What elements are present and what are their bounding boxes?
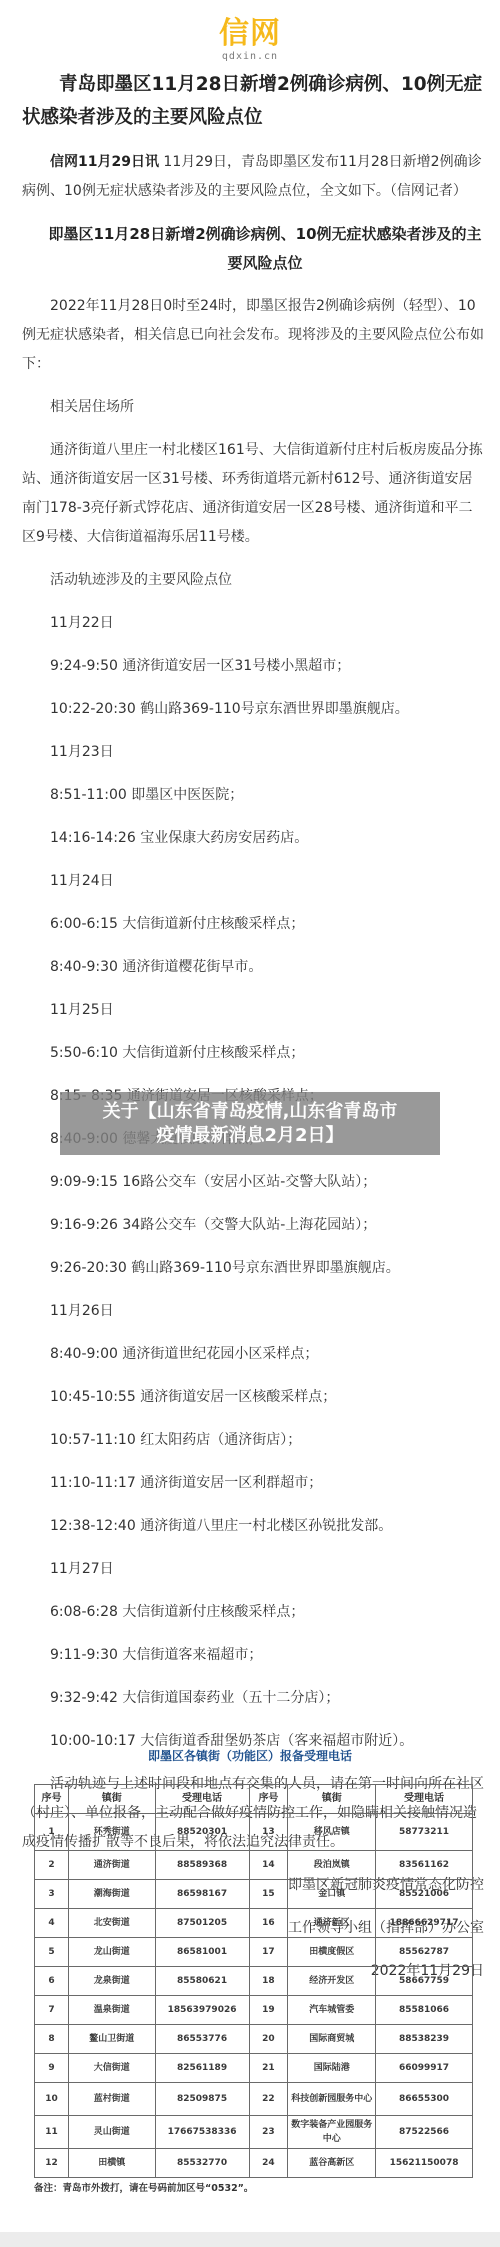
phone-table: 序号 镇街 受理电话 序号 镇街 受理电话 1环秀街道8852030113移风店… (34, 1784, 473, 2178)
trajectory-item: 10:45-10:55 通济街道安居一区核酸采样点； (22, 1383, 484, 1412)
header-cell: 序号 (35, 1785, 69, 1814)
phone-number: 88538239 (376, 2025, 473, 2054)
row-number: 18 (249, 1967, 288, 1996)
town-name: 国际陆港 (288, 2054, 376, 2083)
town-name: 北安街道 (68, 1909, 155, 1938)
trajectory-item: 8:40-9:00 通济街道世纪花园小区采样点； (22, 1340, 484, 1369)
header-cell: 镇街 (68, 1785, 155, 1814)
site-logo[interactable]: 信网 qdxin.cn (0, 18, 500, 62)
phone-number: 85580621 (155, 1967, 249, 1996)
table-row: 6龙泉街道8558062118经济开发区58667759 (35, 1967, 473, 1996)
row-number: 10 (35, 2083, 69, 2116)
town-name: 汽车城管委 (288, 1996, 376, 2025)
trajectory-date: 11月26日 (22, 1297, 484, 1326)
trajectory-item: 10:57-11:10 红太阳药店（通济街店）； (22, 1426, 484, 1455)
logo-mark: 信网 (219, 18, 281, 50)
town-name: 田横镇 (68, 2149, 155, 2178)
trajectory-date: 11月24日 (22, 867, 484, 896)
town-name: 潮海街道 (68, 1880, 155, 1909)
row-number: 9 (35, 2054, 69, 2083)
row-number: 24 (249, 2149, 288, 2178)
row-number: 7 (35, 1996, 69, 2025)
trajectory-item: 12:38-12:40 通济街道八里庄一村北楼区孙锐批发部。 (22, 1512, 484, 1541)
row-number: 8 (35, 2025, 69, 2054)
lead-source: 信网11月29日讯 (50, 154, 159, 170)
trajectory-item: 9:11-9:30 大信街道客来福超市； (22, 1641, 484, 1670)
trajectory-date: 11月27日 (22, 1555, 484, 1584)
trajectory-item: 6:00-6:15 大信街道新付庄核酸采样点； (22, 910, 484, 939)
phone-number: 86655300 (376, 2083, 473, 2116)
phone-number: 82561189 (155, 2054, 249, 2083)
phone-number: 18866629717 (376, 1909, 473, 1938)
table-row: 4北安街道8750120516通济新区18866629717 (35, 1909, 473, 1938)
table-row: 5龙山街道8658100117田横度假区85562787 (35, 1938, 473, 1967)
row-number: 13 (249, 1814, 288, 1851)
footer-band (0, 2232, 500, 2247)
trajectory-item: 10:22-20:30 鹤山路369-110号京东酒世界即墨旗舰店。 (22, 695, 484, 724)
town-name: 鳌山卫街道 (68, 2025, 155, 2054)
town-name: 龙泉街道 (68, 1967, 155, 1996)
residence-text: 通济街道八里庄一村北楼区161号、大信街道新付庄村后板房废品分拣站、通济街道安居… (22, 436, 484, 552)
town-name: 科技创新园服务中心 (288, 2083, 376, 2116)
town-name: 金口镇 (288, 1880, 376, 1909)
row-number: 16 (249, 1909, 288, 1938)
trajectory-item: 9:16-9:26 34路公交车（交警大队站-上海花园站）； (22, 1211, 484, 1240)
town-name: 移风店镇 (288, 1814, 376, 1851)
logo-domain: qdxin.cn (0, 51, 500, 62)
trajectory-list: 11月22日9:24-9:50 通济街道安居一区31号楼小黑超市；10:22-2… (22, 609, 484, 1756)
trajectory-heading: 活动轨迹涉及的主要风险点位 (22, 566, 484, 595)
article-subtitle: 即墨区11月28日新增2例确诊病例、10例无症状感染者涉及的主要风险点位 (22, 220, 484, 278)
phone-number: 82509875 (155, 2083, 249, 2116)
header-cell: 序号 (249, 1785, 288, 1814)
table-row: 10蓝村街道8250987522科技创新园服务中心86655300 (35, 2083, 473, 2116)
table-row: 9大信街道8256118921国际陆港66099917 (35, 2054, 473, 2083)
trajectory-item: 9:32-9:42 大信街道国泰药业（五十二分店）； (22, 1684, 484, 1713)
row-number: 15 (249, 1880, 288, 1909)
table-row: 8鳌山卫街道8655377620国际商贸城88538239 (35, 2025, 473, 2054)
trajectory-item: 11:10-11:17 通济街道安居一区利群超市； (22, 1469, 484, 1498)
lead-paragraph: 信网11月29日讯 11月29日，青岛即墨区发布11月28日新增2例确诊病例、1… (22, 148, 484, 206)
phone-table-note: 备注：青岛市外拨打，请在号码前加区号“0532”。 (34, 2180, 253, 2194)
town-name: 环秀街道 (68, 1814, 155, 1851)
town-name: 蓝谷高新区 (288, 2149, 376, 2178)
town-name: 数字装备产业园服务中心 (288, 2116, 376, 2149)
related-article-banner[interactable]: 关于【山东省青岛疫情,山东省青岛市 疫情最新消息2月2日】 (60, 1092, 440, 1155)
header-cell: 受理电话 (376, 1785, 473, 1814)
phone-number: 15621150078 (376, 2149, 473, 2178)
trajectory-item: 6:08-6:28 大信街道新付庄核酸采样点； (22, 1598, 484, 1627)
banner-line-1: 关于【山东省青岛疫情,山东省青岛市 (60, 1100, 440, 1124)
trajectory-date: 11月22日 (22, 609, 484, 638)
phone-number: 86553776 (155, 2025, 249, 2054)
phone-number: 87501205 (155, 1909, 249, 1938)
phone-number: 66099917 (376, 2054, 473, 2083)
town-name: 段泊岚镇 (288, 1851, 376, 1880)
phone-number: 58773211 (376, 1814, 473, 1851)
row-number: 1 (35, 1814, 69, 1851)
trajectory-item: 9:26-20:30 鹤山路369-110号京东酒世界即墨旗舰店。 (22, 1254, 484, 1283)
town-name: 通济街道 (68, 1851, 155, 1880)
article-body: 青岛即墨区11月28日新增2例确诊病例、10例无症状感染者涉及的主要风险点位 信… (22, 68, 484, 2000)
table-row: 2通济街道8858936814段泊岚镇83561162 (35, 1851, 473, 1880)
trajectory-item: 5:50-6:10 大信街道新付庄核酸采样点； (22, 1039, 484, 1068)
row-number: 17 (249, 1938, 288, 1967)
row-number: 14 (249, 1851, 288, 1880)
row-number: 5 (35, 1938, 69, 1967)
header-cell: 镇街 (288, 1785, 376, 1814)
trajectory-date: 11月23日 (22, 738, 484, 767)
intro-paragraph: 2022年11月28日0时至24时，即墨区报告2例确诊病例（轻型）、10例无症状… (22, 292, 484, 379)
table-row: 3潮海街道8659816715金口镇85521006 (35, 1880, 473, 1909)
banner-line-2: 疫情最新消息2月2日】 (60, 1124, 440, 1148)
table-row: 11灵山街道1766753833623数字装备产业园服务中心87522566 (35, 2116, 473, 2149)
article-title: 青岛即墨区11月28日新增2例确诊病例、10例无症状感染者涉及的主要风险点位 (22, 68, 484, 134)
phone-number: 58667759 (376, 1967, 473, 1996)
row-number: 6 (35, 1967, 69, 1996)
phone-number: 83561162 (376, 1851, 473, 1880)
row-number: 19 (249, 1996, 288, 2025)
phone-number: 17667538336 (155, 2116, 249, 2149)
row-number: 4 (35, 1909, 69, 1938)
town-name: 龙山街道 (68, 1938, 155, 1967)
town-name: 大信街道 (68, 2054, 155, 2083)
phone-number: 88520301 (155, 1814, 249, 1851)
phone-number: 85562787 (376, 1938, 473, 1967)
phone-table-title: 即墨区各镇街（功能区）报备受理电话 (0, 1747, 500, 1764)
phone-number: 85532770 (155, 2149, 249, 2178)
table-row: 1环秀街道8852030113移风店镇58773211 (35, 1814, 473, 1851)
header-cell: 受理电话 (155, 1785, 249, 1814)
trajectory-item: 8:51-11:00 即墨区中医医院； (22, 781, 484, 810)
phone-number: 85581066 (376, 1996, 473, 2025)
row-number: 2 (35, 1851, 69, 1880)
row-number: 3 (35, 1880, 69, 1909)
town-name: 经济开发区 (288, 1967, 376, 1996)
trajectory-item: 9:24-9:50 通济街道安居一区31号楼小黑超市； (22, 652, 484, 681)
table-row: 7温泉街道1856397902619汽车城管委85581066 (35, 1996, 473, 2025)
residence-heading: 相关居住场所 (22, 393, 484, 422)
row-number: 12 (35, 2149, 69, 2178)
town-name: 田横度假区 (288, 1938, 376, 1967)
town-name: 蓝村街道 (68, 2083, 155, 2116)
row-number: 11 (35, 2116, 69, 2149)
phone-number: 88589368 (155, 1851, 249, 1880)
town-name: 国际商贸城 (288, 2025, 376, 2054)
town-name: 灵山街道 (68, 2116, 155, 2149)
phone-number: 86598167 (155, 1880, 249, 1909)
row-number: 20 (249, 2025, 288, 2054)
trajectory-item: 8:40-9:30 通济街道樱花街早市。 (22, 953, 484, 982)
trajectory-item: 14:16-14:26 宝业保康大药房安居药店。 (22, 824, 484, 853)
trajectory-item: 9:09-9:15 16路公交车（安居小区站-交警大队站）； (22, 1168, 484, 1197)
table-header-row: 序号 镇街 受理电话 序号 镇街 受理电话 (35, 1785, 473, 1814)
row-number: 22 (249, 2083, 288, 2116)
phone-number: 85521006 (376, 1880, 473, 1909)
row-number: 23 (249, 2116, 288, 2149)
table-row: 12田横镇8553277024蓝谷高新区15621150078 (35, 2149, 473, 2178)
phone-number: 87522566 (376, 2116, 473, 2149)
phone-number: 86581001 (155, 1938, 249, 1967)
phone-number: 18563979026 (155, 1996, 249, 2025)
row-number: 21 (249, 2054, 288, 2083)
trajectory-date: 11月25日 (22, 996, 484, 1025)
town-name: 温泉街道 (68, 1996, 155, 2025)
town-name: 通济新区 (288, 1909, 376, 1938)
